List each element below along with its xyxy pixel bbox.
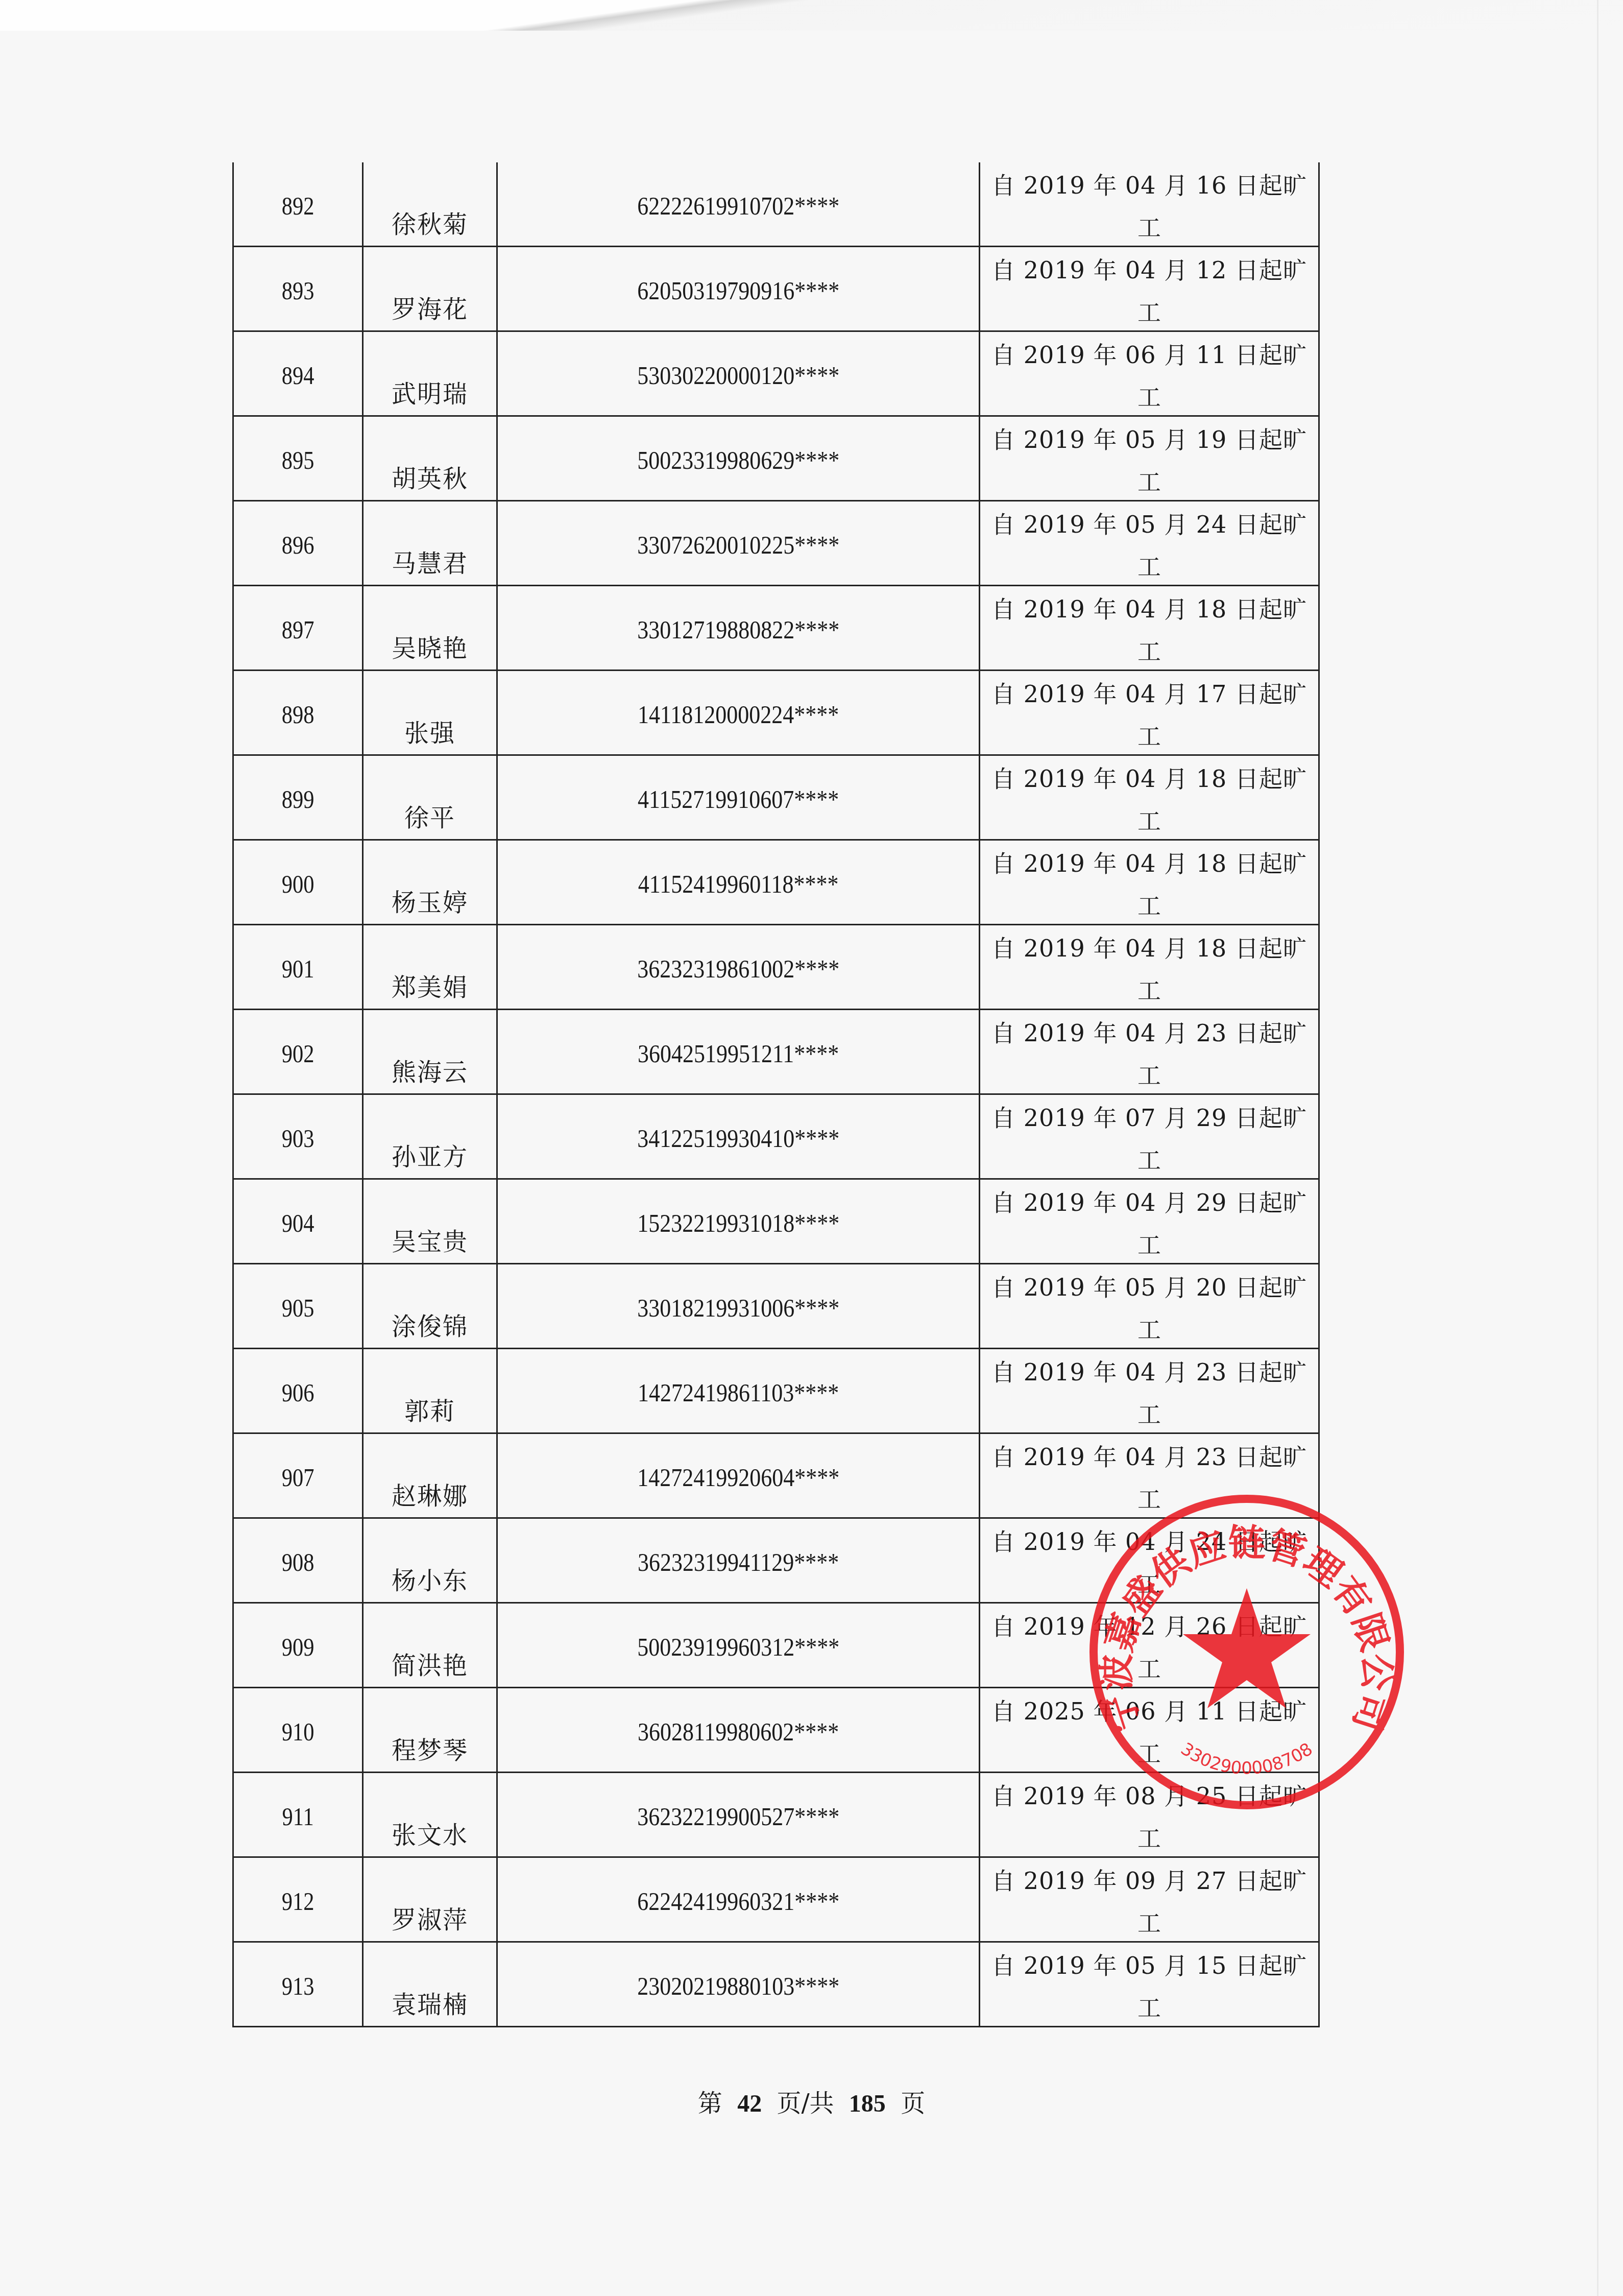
- absence-suffix-text: 工: [980, 1911, 1318, 1935]
- id-number-cell: 23020219880103****: [497, 1942, 979, 2027]
- row-number-cell: 903: [233, 1094, 363, 1179]
- table-row: 912罗淑萍62242419960321****自 2019 年 09 月 27…: [233, 1857, 1319, 1942]
- absence-start-text: 自 2019 年 06 月 11 日起旷: [980, 343, 1318, 367]
- row-number-cell: 895: [233, 416, 363, 501]
- row-number: 898: [244, 702, 353, 727]
- table-row: 894武明瑞53030220000120****自 2019 年 06 月 11…: [233, 331, 1319, 416]
- id-number: 36232319861002****: [526, 956, 950, 982]
- absence-status-cell: 自 2019 年 06 月 11 日起旷工: [980, 331, 1319, 416]
- row-number: 908: [244, 1549, 353, 1575]
- row-number-cell: 911: [233, 1773, 363, 1857]
- id-number: 33072620010225****: [526, 532, 950, 558]
- name-cell: 张文水: [363, 1773, 497, 1857]
- name-cell: 马慧君: [363, 501, 497, 586]
- id-number: 41152719910607****: [526, 786, 950, 812]
- employee-name: 张强: [364, 721, 496, 746]
- row-number-cell: 896: [233, 501, 363, 586]
- employee-name: 杨小东: [364, 1569, 496, 1593]
- id-number-cell: 33012719880822****: [497, 586, 979, 671]
- id-number: 36232319941129****: [526, 1549, 950, 1575]
- employee-name: 程梦琴: [364, 1738, 496, 1763]
- absence-status-cell: 自 2025 年 06 月 11 日起旷工: [980, 1688, 1319, 1773]
- employee-name: 徐平: [364, 806, 496, 830]
- table-row: 897吴晓艳33012719880822****自 2019 年 04 月 18…: [233, 586, 1319, 671]
- current-page-number: 42: [737, 2090, 762, 2117]
- table-row: 910程梦琴36028119980602****自 2025 年 06 月 11…: [233, 1688, 1319, 1773]
- employee-name: 孙亚方: [364, 1145, 496, 1169]
- absence-status-cell: 自 2019 年 07 月 29 日起旷工: [980, 1094, 1319, 1179]
- absence-start-text: 自 2019 年 04 月 24 日起旷: [980, 1530, 1318, 1553]
- absence-suffix-text: 工: [980, 640, 1318, 663]
- absence-status-cell: 自 2019 年 04 月 23 日起旷工: [980, 1433, 1319, 1518]
- absence-status-cell: 自 2019 年 09 月 27 日起旷工: [980, 1857, 1319, 1942]
- absence-start-text: 自 2019 年 04 月 18 日起旷: [980, 852, 1318, 875]
- absence-suffix-text: 工: [980, 1488, 1318, 1511]
- name-cell: 杨玉婷: [363, 840, 497, 925]
- id-number: 14272419861103****: [526, 1380, 950, 1405]
- row-number-cell: 908: [233, 1518, 363, 1603]
- absence-suffix-text: 工: [980, 1996, 1318, 2020]
- absence-start-text: 自 2019 年 04 月 12 日起旷: [980, 258, 1318, 282]
- absence-suffix-text: 工: [980, 1572, 1318, 1596]
- row-number: 905: [244, 1295, 353, 1321]
- row-number-cell: 913: [233, 1942, 363, 2027]
- row-number: 901: [244, 956, 353, 982]
- employee-name: 袁瑞楠: [364, 1993, 496, 2017]
- id-number-cell: 14272419861103****: [497, 1349, 979, 1433]
- employee-name: 涂俊锦: [364, 1314, 496, 1339]
- row-number-cell: 906: [233, 1349, 363, 1433]
- row-number: 899: [244, 786, 353, 812]
- name-cell: 吴宝贵: [363, 1179, 497, 1264]
- row-number-cell: 910: [233, 1688, 363, 1773]
- absence-suffix-text: 工: [980, 809, 1318, 833]
- id-number: 14118120000224****: [526, 702, 950, 727]
- absence-start-text: 自 2019 年 04 月 18 日起旷: [980, 937, 1318, 960]
- id-number: 50023319980629****: [526, 447, 950, 473]
- id-number: 34122519930410****: [526, 1126, 950, 1151]
- table-row: 896马慧君33072620010225****自 2019 年 05 月 24…: [233, 501, 1319, 586]
- total-page-number: 185: [849, 2090, 886, 2117]
- table-row: 898张强14118120000224****自 2019 年 04 月 17 …: [233, 671, 1319, 755]
- page-edge: [1597, 0, 1598, 2296]
- absence-start-text: 自 2019 年 05 月 15 日起旷: [980, 1954, 1318, 1977]
- name-cell: 涂俊锦: [363, 1264, 497, 1349]
- absence-suffix-text: 工: [980, 216, 1318, 240]
- absentee-record-table: 892徐秋菊62222619910702****自 2019 年 04 月 16…: [232, 162, 1320, 2027]
- name-cell: 赵琳娜: [363, 1433, 497, 1518]
- employee-name: 罗海花: [364, 297, 496, 322]
- absence-status-cell: 自 2019 年 05 月 20 日起旷工: [980, 1264, 1319, 1349]
- row-number-cell: 899: [233, 755, 363, 840]
- id-number: 33012719880822****: [526, 617, 950, 642]
- table-row: 905涂俊锦33018219931006****自 2019 年 05 月 20…: [233, 1264, 1319, 1349]
- page-footer: 第 42 页/共 185 页: [0, 2084, 1623, 2119]
- absence-status-cell: 自 2019 年 05 月 24 日起旷工: [980, 501, 1319, 586]
- row-number-cell: 904: [233, 1179, 363, 1264]
- id-number-cell: 34122519930410****: [497, 1094, 979, 1179]
- id-number: 50023919960312****: [526, 1634, 950, 1660]
- employee-name: 郑美娟: [364, 975, 496, 1000]
- name-cell: 吴晓艳: [363, 586, 497, 671]
- table-row: 904吴宝贵15232219931018****自 2019 年 04 月 29…: [233, 1179, 1319, 1264]
- absence-start-text: 自 2019 年 05 月 20 日起旷: [980, 1276, 1318, 1299]
- table-row: 900杨玉婷41152419960118****自 2019 年 04 月 18…: [233, 840, 1319, 925]
- table-row: 899徐平41152719910607****自 2019 年 04 月 18 …: [233, 755, 1319, 840]
- row-number-cell: 907: [233, 1433, 363, 1518]
- absence-suffix-text: 工: [980, 386, 1318, 409]
- absence-status-cell: 自 2019 年 04 月 12 日起旷工: [980, 247, 1319, 331]
- row-number-cell: 893: [233, 247, 363, 331]
- id-number: 36042519951211****: [526, 1041, 950, 1066]
- absence-start-text: 自 2019 年 05 月 19 日起旷: [980, 428, 1318, 451]
- absence-suffix-text: 工: [980, 979, 1318, 1002]
- row-number-cell: 902: [233, 1010, 363, 1094]
- employee-name: 杨玉婷: [364, 891, 496, 915]
- absence-status-cell: 自 2019 年 04 月 18 日起旷工: [980, 925, 1319, 1010]
- row-number: 912: [244, 1888, 353, 1914]
- id-number-cell: 14118120000224****: [497, 671, 979, 755]
- scan-edge-shadow: [0, 0, 1623, 31]
- employee-name: 武明瑞: [364, 382, 496, 406]
- absence-status-cell: 自 2019 年 04 月 24 日起旷工: [980, 1518, 1319, 1603]
- footer-suffix: 页: [901, 2089, 925, 2118]
- name-cell: 孙亚方: [363, 1094, 497, 1179]
- footer-middle: 页/共: [777, 2089, 834, 2118]
- row-number: 896: [244, 532, 353, 558]
- table-row: 902熊海云36042519951211****自 2019 年 04 月 23…: [233, 1010, 1319, 1094]
- row-number: 902: [244, 1041, 353, 1066]
- id-number: 62242419960321****: [526, 1888, 950, 1914]
- employee-name: 郭莉: [364, 1399, 496, 1424]
- id-number-cell: 36232219900527****: [497, 1773, 979, 1857]
- id-number-cell: 36028119980602****: [497, 1688, 979, 1773]
- id-number: 23020219880103****: [526, 1973, 950, 1999]
- id-number: 62050319790916****: [526, 278, 950, 303]
- row-number-cell: 909: [233, 1603, 363, 1688]
- absence-status-cell: 自 2019 年 08 月 25 日起旷工: [980, 1773, 1319, 1857]
- id-number-cell: 62050319790916****: [497, 247, 979, 331]
- employee-name: 胡英秋: [364, 467, 496, 491]
- absence-suffix-text: 工: [980, 725, 1318, 748]
- table-row: 895胡英秋50023319980629****自 2019 年 05 月 19…: [233, 416, 1319, 501]
- row-number: 892: [244, 193, 353, 219]
- employee-name: 徐秋菊: [364, 212, 496, 237]
- row-number: 907: [244, 1465, 353, 1490]
- absence-start-text: 自 2019 年 04 月 18 日起旷: [980, 767, 1318, 791]
- employee-name: 吴宝贵: [364, 1230, 496, 1254]
- id-number-cell: 33072620010225****: [497, 501, 979, 586]
- table-row: 901郑美娟36232319861002****自 2019 年 04 月 18…: [233, 925, 1319, 1010]
- absence-suffix-text: 工: [980, 1403, 1318, 1426]
- row-number: 897: [244, 617, 353, 642]
- absence-status-cell: 自 2019 年 04 月 17 日起旷工: [980, 671, 1319, 755]
- absence-start-text: 自 2019 年 04 月 23 日起旷: [980, 1021, 1318, 1045]
- absence-status-cell: 自 2019 年 04 月 18 日起旷工: [980, 840, 1319, 925]
- absence-start-text: 自 2019 年 08 月 25 日起旷: [980, 1784, 1318, 1808]
- row-number: 894: [244, 363, 353, 388]
- table-row: 909简洪艳50023919960312****自 2019 年 12 月 26…: [233, 1603, 1319, 1688]
- absence-start-text: 自 2019 年 04 月 16 日起旷: [980, 174, 1318, 197]
- row-number: 904: [244, 1210, 353, 1236]
- absence-suffix-text: 工: [980, 1657, 1318, 1681]
- absence-suffix-text: 工: [980, 1149, 1318, 1172]
- table-row: 906郭莉14272419861103****自 2019 年 04 月 23 …: [233, 1349, 1319, 1433]
- absence-suffix-text: 工: [980, 470, 1318, 494]
- id-number: 41152419960118****: [526, 871, 950, 897]
- row-number: 903: [244, 1126, 353, 1151]
- table-row: 903孙亚方34122519930410****自 2019 年 07 月 29…: [233, 1094, 1319, 1179]
- id-number-cell: 14272419920604****: [497, 1433, 979, 1518]
- id-number-cell: 50023319980629****: [497, 416, 979, 501]
- absence-suffix-text: 工: [980, 1064, 1318, 1087]
- id-number-cell: 50023919960312****: [497, 1603, 979, 1688]
- name-cell: 郑美娟: [363, 925, 497, 1010]
- absence-status-cell: 自 2019 年 04 月 18 日起旷工: [980, 755, 1319, 840]
- table-row: 911张文水36232219900527****自 2019 年 08 月 25…: [233, 1773, 1319, 1857]
- table-row: 893罗海花62050319790916****自 2019 年 04 月 12…: [233, 247, 1319, 331]
- absence-start-text: 自 2025 年 06 月 11 日起旷: [980, 1700, 1318, 1723]
- absence-start-text: 自 2019 年 04 月 23 日起旷: [980, 1360, 1318, 1384]
- id-number: 53030220000120****: [526, 363, 950, 388]
- row-number-cell: 912: [233, 1857, 363, 1942]
- employee-name: 吴晓艳: [364, 636, 496, 661]
- row-number-cell: 894: [233, 331, 363, 416]
- id-number: 15232219931018****: [526, 1210, 950, 1236]
- absence-start-text: 自 2019 年 05 月 24 日起旷: [980, 513, 1318, 536]
- row-number-cell: 901: [233, 925, 363, 1010]
- absence-start-text: 自 2019 年 04 月 18 日起旷: [980, 597, 1318, 621]
- absence-suffix-text: 工: [980, 1233, 1318, 1257]
- absence-status-cell: 自 2019 年 04 月 16 日起旷工: [980, 162, 1319, 247]
- absence-start-text: 自 2019 年 04 月 29 日起旷: [980, 1191, 1318, 1214]
- absence-status-cell: 自 2019 年 05 月 15 日起旷工: [980, 1942, 1319, 2027]
- row-number-cell: 905: [233, 1264, 363, 1349]
- absence-start-text: 自 2019 年 12 月 26 日起旷: [980, 1615, 1318, 1638]
- absence-suffix-text: 工: [980, 894, 1318, 918]
- id-number: 33018219931006****: [526, 1295, 950, 1321]
- absence-start-text: 自 2019 年 04 月 23 日起旷: [980, 1445, 1318, 1469]
- name-cell: 张强: [363, 671, 497, 755]
- table-body: 892徐秋菊62222619910702****自 2019 年 04 月 16…: [233, 162, 1319, 2027]
- id-number: 62222619910702****: [526, 193, 950, 219]
- row-number-cell: 892: [233, 162, 363, 247]
- name-cell: 罗海花: [363, 247, 497, 331]
- employee-name: 简洪艳: [364, 1654, 496, 1678]
- absence-suffix-text: 工: [980, 1742, 1318, 1765]
- row-number-cell: 898: [233, 671, 363, 755]
- absence-suffix-text: 工: [980, 1318, 1318, 1342]
- absence-status-cell: 自 2019 年 04 月 23 日起旷工: [980, 1349, 1319, 1433]
- absence-status-cell: 自 2019 年 04 月 29 日起旷工: [980, 1179, 1319, 1264]
- id-number-cell: 53030220000120****: [497, 331, 979, 416]
- id-number-cell: 15232219931018****: [497, 1179, 979, 1264]
- row-number-cell: 897: [233, 586, 363, 671]
- row-number: 913: [244, 1973, 353, 1999]
- name-cell: 程梦琴: [363, 1688, 497, 1773]
- row-number-cell: 900: [233, 840, 363, 925]
- employee-name: 张文水: [364, 1823, 496, 1848]
- absence-suffix-text: 工: [980, 555, 1318, 579]
- table-row: 907赵琳娜14272419920604****自 2019 年 04 月 23…: [233, 1433, 1319, 1518]
- name-cell: 熊海云: [363, 1010, 497, 1094]
- absence-suffix-text: 工: [980, 301, 1318, 324]
- footer-prefix: 第: [698, 2089, 722, 2118]
- absence-start-text: 自 2019 年 07 月 29 日起旷: [980, 1106, 1318, 1130]
- row-number: 895: [244, 447, 353, 473]
- row-number: 910: [244, 1719, 353, 1744]
- id-number-cell: 36042519951211****: [497, 1010, 979, 1094]
- name-cell: 杨小东: [363, 1518, 497, 1603]
- id-number: 36028119980602****: [526, 1719, 950, 1744]
- absence-status-cell: 自 2019 年 05 月 19 日起旷工: [980, 416, 1319, 501]
- name-cell: 徐秋菊: [363, 162, 497, 247]
- name-cell: 胡英秋: [363, 416, 497, 501]
- row-number: 911: [244, 1804, 353, 1829]
- name-cell: 简洪艳: [363, 1603, 497, 1688]
- table-row: 908杨小东36232319941129****自 2019 年 04 月 24…: [233, 1518, 1319, 1603]
- absence-suffix-text: 工: [980, 1827, 1318, 1850]
- table-row: 913袁瑞楠23020219880103****自 2019 年 05 月 15…: [233, 1942, 1319, 2027]
- employee-name: 罗淑萍: [364, 1908, 496, 1932]
- name-cell: 郭莉: [363, 1349, 497, 1433]
- id-number: 36232219900527****: [526, 1804, 950, 1829]
- row-number: 906: [244, 1380, 353, 1405]
- name-cell: 武明瑞: [363, 331, 497, 416]
- employee-name: 熊海云: [364, 1060, 496, 1085]
- id-number-cell: 41152419960118****: [497, 840, 979, 925]
- id-number-cell: 41152719910607****: [497, 755, 979, 840]
- id-number-cell: 36232319861002****: [497, 925, 979, 1010]
- absence-status-cell: 自 2019 年 12 月 26 日起旷工: [980, 1603, 1319, 1688]
- id-number-cell: 62242419960321****: [497, 1857, 979, 1942]
- name-cell: 徐平: [363, 755, 497, 840]
- id-number-cell: 33018219931006****: [497, 1264, 979, 1349]
- absence-start-text: 自 2019 年 09 月 27 日起旷: [980, 1869, 1318, 1893]
- id-number: 14272419920604****: [526, 1465, 950, 1490]
- name-cell: 罗淑萍: [363, 1857, 497, 1942]
- employee-name: 赵琳娜: [364, 1484, 496, 1509]
- absence-start-text: 自 2019 年 04 月 17 日起旷: [980, 682, 1318, 706]
- table-row: 892徐秋菊62222619910702****自 2019 年 04 月 16…: [233, 162, 1319, 247]
- row-number: 909: [244, 1634, 353, 1660]
- id-number-cell: 62222619910702****: [497, 162, 979, 247]
- row-number: 893: [244, 278, 353, 303]
- row-number: 900: [244, 871, 353, 897]
- employee-name: 马慧君: [364, 552, 496, 576]
- absence-status-cell: 自 2019 年 04 月 18 日起旷工: [980, 586, 1319, 671]
- absence-status-cell: 自 2019 年 04 月 23 日起旷工: [980, 1010, 1319, 1094]
- name-cell: 袁瑞楠: [363, 1942, 497, 2027]
- id-number-cell: 36232319941129****: [497, 1518, 979, 1603]
